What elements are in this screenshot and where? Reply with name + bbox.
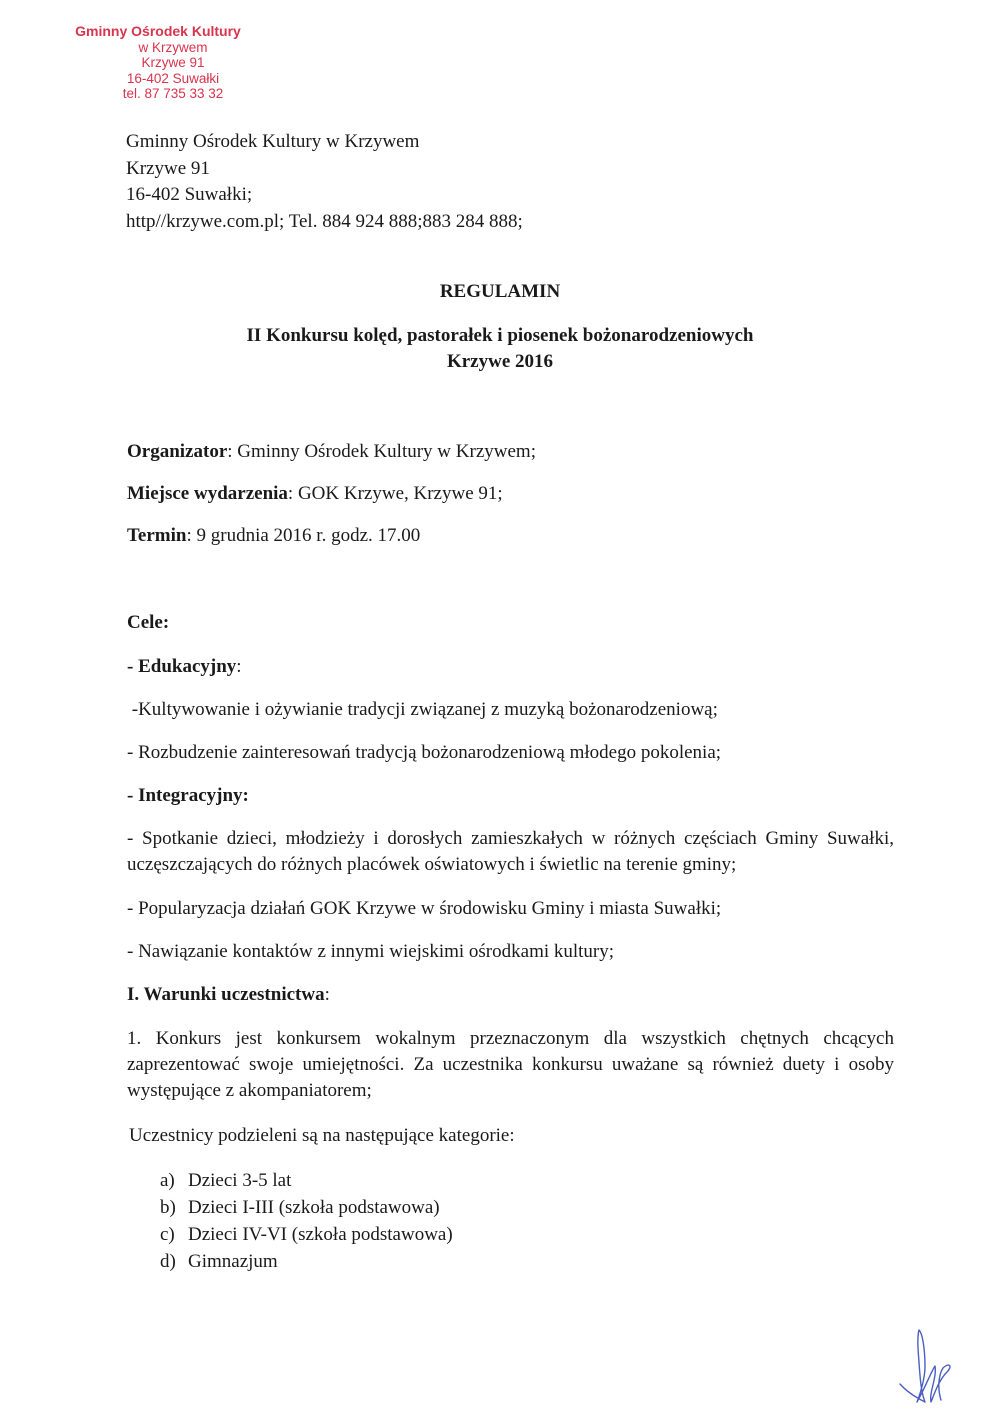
document-subtitle: II Konkursu kolęd, pastorałek i piosenek… — [0, 325, 1000, 347]
categories-intro: Uczestnicy podzieleni są na następujące … — [129, 1123, 515, 1149]
category-item: c) Dzieci IV-VI (szkoła podstawowa) — [160, 1221, 453, 1248]
educational-colon: : — [236, 656, 241, 677]
stamp-line: tel. 87 735 33 32 — [88, 86, 258, 102]
date-label: Termin — [127, 525, 186, 546]
organizer-line: Organizator: Gminny Ośrodek Kultury w Kr… — [127, 439, 536, 465]
integration-item: - Spotkanie dzieci, młodzieży i dorosłyc… — [127, 826, 894, 878]
category-mark: a) — [160, 1167, 188, 1194]
integration-heading: - Integracyjny: — [127, 783, 249, 809]
document-title: REGULAMIN — [0, 281, 1000, 303]
venue-label: Miejsce wydarzenia — [127, 483, 288, 504]
organization-stamp: Gminny Ośrodek Kultury w Krzywem Krzywe … — [58, 24, 258, 102]
educational-item: - Rozbudzenie zainteresowań tradycją boż… — [127, 740, 721, 766]
stamp-line: 16-402 Suwałki — [88, 71, 258, 87]
goals-heading: Cele: — [127, 610, 169, 636]
category-text: Dzieci I-III (szkoła podstawowa) — [188, 1194, 440, 1221]
category-mark: b) — [160, 1194, 188, 1221]
venue-line: Miejsce wydarzenia: GOK Krzywe, Krzywe 9… — [127, 481, 503, 507]
document-subtitle-year: Krzywe 2016 — [0, 351, 1000, 373]
date-value: : 9 grudnia 2016 r. godz. 17.00 — [186, 525, 420, 546]
sender-address: Gminny Ośrodek Kultury w Krzywem Krzywe … — [126, 129, 523, 235]
categories-list: a) Dzieci 3-5 lat b) Dzieci I-III (szkoł… — [160, 1167, 453, 1275]
category-text: Gimnazjum — [188, 1248, 278, 1275]
address-line: Krzywe 91 — [126, 156, 523, 183]
category-text: Dzieci IV-VI (szkoła podstawowa) — [188, 1221, 453, 1248]
stamp-line: Krzywe 91 — [88, 55, 258, 71]
educational-label: - Edukacyjny — [127, 656, 236, 677]
organizer-label: Organizator — [127, 441, 227, 462]
organizer-value: : Gminny Ośrodek Kultury w Krzywem; — [227, 441, 536, 462]
category-item: a) Dzieci 3-5 lat — [160, 1167, 453, 1194]
address-line: Gminny Ośrodek Kultury w Krzywem — [126, 129, 523, 156]
date-line: Termin: 9 grudnia 2016 r. godz. 17.00 — [127, 523, 420, 549]
venue-value: : GOK Krzywe, Krzywe 91; — [288, 483, 503, 504]
section-1-title: I. Warunki uczestnictwa — [127, 984, 325, 1005]
section-1-colon: : — [325, 984, 330, 1005]
stamp-title: Gminny Ośrodek Kultury — [58, 24, 258, 40]
section-1-heading: I. Warunki uczestnictwa: — [127, 982, 330, 1008]
address-line: 16-402 Suwałki; — [126, 182, 523, 209]
category-text: Dzieci 3-5 lat — [188, 1167, 291, 1194]
stamp-line: w Krzywem — [88, 40, 258, 56]
category-mark: d) — [160, 1248, 188, 1275]
integration-item: - Nawiązanie kontaktów z innymi wiejskim… — [127, 939, 614, 965]
category-mark: c) — [160, 1221, 188, 1248]
section-1-paragraph: 1. Konkurs jest konkursem wokalnym przez… — [127, 1026, 894, 1104]
educational-item: -Kultywowanie i ożywianie tradycji związ… — [127, 697, 718, 723]
address-line: http//krzywe.com.pl; Tel. 884 924 888;88… — [126, 209, 523, 236]
category-item: b) Dzieci I-III (szkoła podstawowa) — [160, 1194, 453, 1221]
educational-heading: - Edukacyjny: — [127, 654, 242, 680]
category-item: d) Gimnazjum — [160, 1248, 453, 1275]
signature-icon — [895, 1322, 965, 1407]
integration-item: - Popularyzacja działań GOK Krzywe w śro… — [127, 896, 721, 922]
